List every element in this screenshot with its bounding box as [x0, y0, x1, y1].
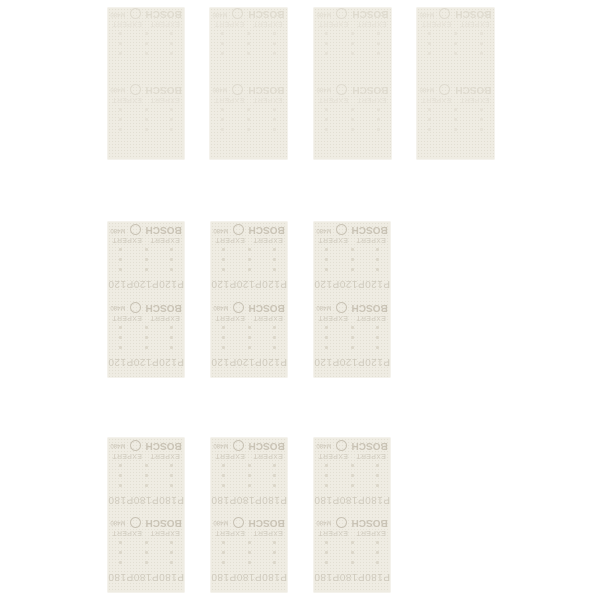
dust-hole-marks — [210, 53, 287, 56]
series-label: EXPERTEXPERT — [108, 21, 184, 28]
dust-hole-marks — [210, 118, 287, 121]
brand-label: BOSCHM480 — [314, 225, 390, 236]
brand-label: BOSCHM480 — [314, 302, 390, 313]
brand-label: BOSCHM480 — [108, 9, 184, 20]
dust-hole-marks — [314, 464, 390, 467]
dust-hole-marks — [211, 561, 287, 564]
dust-hole-marks — [314, 541, 390, 544]
series-label: EXPERTEXPERT — [108, 237, 184, 244]
series-label: EXPERTEXPERT — [210, 96, 287, 103]
dust-hole-marks — [211, 484, 287, 487]
brand-label: BOSCHM480 — [417, 9, 494, 20]
bosch-logo-icon — [233, 302, 244, 313]
bosch-logo-icon — [130, 84, 141, 95]
dust-hole-marks — [210, 43, 287, 46]
grit-label: P180P180P180 — [108, 494, 184, 505]
dust-hole-marks — [108, 128, 184, 131]
grit-label: P180P180P180 — [211, 494, 287, 505]
sanding-sheet: EXPERTEXPERTBOSCHM480EXPERTEXPERTBOSCHM4… — [417, 8, 494, 159]
grit-label: P180P180P180 — [108, 571, 184, 582]
bosch-logo-icon — [130, 302, 141, 313]
bosch-logo-icon — [232, 84, 243, 95]
dust-hole-marks — [108, 269, 184, 272]
dust-hole-marks — [314, 561, 390, 564]
dust-hole-marks — [108, 43, 184, 46]
series-label: EXPERTEXPERT — [210, 21, 287, 28]
dust-hole-marks — [108, 551, 184, 554]
bosch-logo-icon — [336, 9, 347, 20]
bosch-logo-icon — [336, 225, 347, 236]
series-label: EXPERTEXPERT — [211, 452, 287, 459]
brand-label: BOSCHM480 — [314, 517, 390, 528]
dust-hole-marks — [108, 346, 184, 349]
sanding-sheet: EXPERTEXPERTBOSCHM480EXPERTEXPERTBOSCHM4… — [210, 8, 287, 159]
grit-label: P180P180P180 — [211, 571, 287, 582]
dust-hole-marks — [210, 128, 287, 131]
dust-hole-marks — [210, 33, 287, 36]
bosch-logo-icon — [233, 225, 244, 236]
series-label: EXPERTEXPERT — [211, 529, 287, 536]
brand-label: BOSCHM480 — [108, 225, 184, 236]
grit-label: P120P120P120 — [211, 279, 287, 290]
bosch-logo-icon — [336, 440, 347, 451]
bosch-logo-icon — [439, 9, 450, 20]
dust-hole-marks — [314, 259, 390, 262]
dust-hole-marks — [211, 259, 287, 262]
dust-hole-marks — [211, 551, 287, 554]
series-label: EXPERTEXPERT — [211, 237, 287, 244]
sanding-sheet: P120P120P120EXPERTEXPERTBOSCHM480P120P12… — [108, 222, 184, 377]
dust-hole-marks — [314, 346, 390, 349]
dust-hole-marks — [314, 108, 391, 111]
brand-label: BOSCHM480 — [108, 517, 184, 528]
sanding-sheet: EXPERTEXPERTBOSCHM480EXPERTEXPERTBOSCHM4… — [108, 8, 184, 159]
brand-label: BOSCHM480 — [211, 517, 287, 528]
dust-hole-marks — [108, 108, 184, 111]
dust-hole-marks — [108, 464, 184, 467]
sanding-sheet: P120P120P120EXPERTEXPERTBOSCHM480P120P12… — [314, 222, 390, 377]
dust-hole-marks — [108, 541, 184, 544]
brand-label: BOSCHM480 — [314, 9, 391, 20]
grit-label: P180P180P180 — [314, 571, 390, 582]
sanding-sheet: P180P180P180EXPERTEXPERTBOSCHM480P180P18… — [314, 438, 390, 592]
series-label: EXPERTEXPERT — [417, 96, 494, 103]
bosch-logo-icon — [336, 84, 347, 95]
dust-hole-marks — [314, 128, 391, 131]
series-label: EXPERTEXPERT — [314, 452, 390, 459]
dust-hole-marks — [108, 474, 184, 477]
series-label: EXPERTEXPERT — [314, 529, 390, 536]
dust-hole-marks — [211, 541, 287, 544]
dust-hole-marks — [314, 249, 390, 252]
grit-label: P120P120P120 — [314, 356, 390, 367]
dust-hole-marks — [108, 259, 184, 262]
brand-label: BOSCHM480 — [211, 225, 287, 236]
dust-hole-marks — [211, 336, 287, 339]
dust-hole-marks — [211, 249, 287, 252]
brand-label: BOSCHM480 — [417, 84, 494, 95]
grit-label: P120P120P120 — [211, 356, 287, 367]
series-label: EXPERTEXPERT — [314, 21, 391, 28]
series-label: EXPERTEXPERT — [108, 452, 184, 459]
brand-label: BOSCHM480 — [210, 84, 287, 95]
bosch-logo-icon — [233, 440, 244, 451]
bosch-logo-icon — [130, 9, 141, 20]
bosch-logo-icon — [130, 440, 141, 451]
series-label: EXPERTEXPERT — [108, 96, 184, 103]
series-label: EXPERTEXPERT — [108, 314, 184, 321]
sanding-sheet: P120P120P120EXPERTEXPERTBOSCHM480P120P12… — [211, 222, 287, 377]
dust-hole-marks — [417, 33, 494, 36]
brand-label: BOSCHM480 — [314, 440, 390, 451]
grit-label: P120P120P120 — [108, 279, 184, 290]
dust-hole-marks — [314, 336, 390, 339]
dust-hole-marks — [314, 118, 391, 121]
grit-label: P120P120P120 — [314, 279, 390, 290]
dust-hole-marks — [108, 484, 184, 487]
brand-label: BOSCHM480 — [108, 84, 184, 95]
bosch-logo-icon — [232, 9, 243, 20]
dust-hole-marks — [108, 118, 184, 121]
dust-hole-marks — [108, 249, 184, 252]
dust-hole-marks — [314, 33, 391, 36]
dust-hole-marks — [417, 43, 494, 46]
series-label: EXPERTEXPERT — [417, 21, 494, 28]
series-label: EXPERTEXPERT — [314, 237, 390, 244]
dust-hole-marks — [417, 53, 494, 56]
dust-hole-marks — [108, 336, 184, 339]
dust-hole-marks — [211, 346, 287, 349]
series-label: EXPERTEXPERT — [211, 314, 287, 321]
grit-label: P180P180P180 — [314, 494, 390, 505]
dust-hole-marks — [314, 551, 390, 554]
brand-label: BOSCHM480 — [211, 302, 287, 313]
dust-hole-marks — [211, 326, 287, 329]
sanding-sheet: EXPERTEXPERTBOSCHM480EXPERTEXPERTBOSCHM4… — [314, 8, 391, 159]
dust-hole-marks — [211, 474, 287, 477]
dust-hole-marks — [417, 128, 494, 131]
series-label: EXPERTEXPERT — [108, 529, 184, 536]
brand-label: BOSCHM480 — [210, 9, 287, 20]
dust-hole-marks — [417, 108, 494, 111]
sanding-sheet: P180P180P180EXPERTEXPERTBOSCHM480P180P18… — [211, 438, 287, 592]
dust-hole-marks — [314, 484, 390, 487]
dust-hole-marks — [314, 269, 390, 272]
dust-hole-marks — [108, 561, 184, 564]
dust-hole-marks — [314, 43, 391, 46]
dust-hole-marks — [314, 474, 390, 477]
dust-hole-marks — [108, 33, 184, 36]
dust-hole-marks — [108, 326, 184, 329]
bosch-logo-icon — [130, 225, 141, 236]
bosch-logo-icon — [439, 84, 450, 95]
dust-hole-marks — [314, 326, 390, 329]
dust-hole-marks — [314, 53, 391, 56]
dust-hole-marks — [417, 118, 494, 121]
dust-hole-marks — [211, 464, 287, 467]
brand-label: BOSCHM480 — [108, 440, 184, 451]
brand-label: BOSCHM480 — [211, 440, 287, 451]
bosch-logo-icon — [233, 517, 244, 528]
brand-label: BOSCHM480 — [108, 302, 184, 313]
series-label: EXPERTEXPERT — [314, 96, 391, 103]
bosch-logo-icon — [336, 517, 347, 528]
brand-label: BOSCHM480 — [314, 84, 391, 95]
sanding-sheet: P180P180P180EXPERTEXPERTBOSCHM480P180P18… — [108, 438, 184, 592]
bosch-logo-icon — [130, 517, 141, 528]
dust-hole-marks — [210, 108, 287, 111]
dust-hole-marks — [211, 269, 287, 272]
series-label: EXPERTEXPERT — [314, 314, 390, 321]
grit-label: P120P120P120 — [108, 356, 184, 367]
bosch-logo-icon — [336, 302, 347, 313]
dust-hole-marks — [108, 53, 184, 56]
